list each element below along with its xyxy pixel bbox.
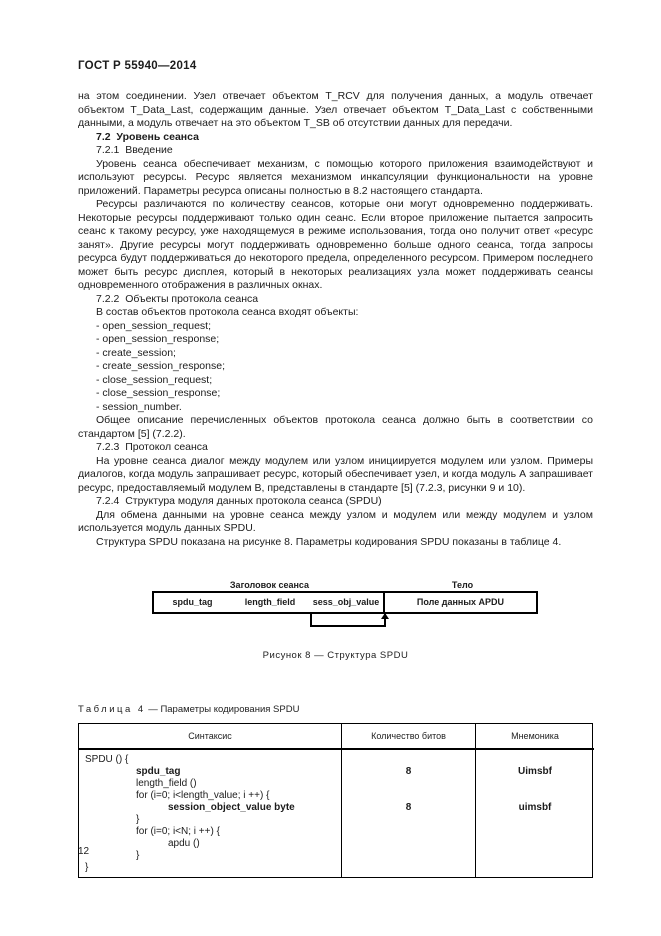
syntax-line: session_object_value byte: [79, 802, 341, 814]
paragraph: Общее описание перечисленных объектов пр…: [78, 414, 593, 441]
diagram-group-labels: Заголовок сеанса Тело: [152, 579, 538, 591]
list-item: - session_number.: [78, 401, 593, 415]
mnemonic-cell: Uimsbf uimsbf: [476, 750, 594, 877]
paragraph: На уровне сеанса диалог между модулем ил…: [78, 455, 593, 496]
subsection-heading-7-2-4: 7.2.4 Структура модуля данных протокола …: [78, 495, 593, 509]
spdu-coding-table: Синтаксис Количество битов Мнемоника SPD…: [78, 723, 593, 879]
bits-cell: 8 8: [341, 750, 476, 877]
syntax-line: SPDU () {: [79, 754, 341, 766]
column-header-mnemonic: Мнемоника: [476, 724, 594, 751]
spdu-box: spdu_tag length_field sess_obj_value Пол…: [152, 591, 538, 614]
mnemonic-line: [476, 862, 594, 874]
paragraph: В состав объектов протокола сеанса входя…: [78, 306, 593, 320]
bits-line: 8: [342, 802, 475, 814]
bits-line: [342, 826, 475, 838]
paragraph: Ресурсы различаются по количеству сеансо…: [78, 198, 593, 293]
list-item: - create_session_response;: [78, 360, 593, 374]
apdu-data-field-cell: Поле данных APDU: [385, 596, 536, 610]
mnemonic-line: [476, 754, 594, 766]
mnemonic-line: [476, 826, 594, 838]
spdu-tag-cell: spdu_tag: [154, 596, 231, 610]
paragraph: на этом соединении. Узел отвечает объект…: [78, 90, 593, 131]
table-label-prefix: Таблица 4: [78, 704, 146, 715]
syntax-line: }: [79, 862, 341, 874]
bits-line: [342, 838, 475, 850]
figure-caption: Рисунок 8 — Структура SPDU: [78, 649, 593, 663]
spdu-structure-figure: Заголовок сеанса Тело spdu_tag length_fi…: [78, 579, 593, 679]
syntax-line: }: [79, 850, 341, 862]
page-number: 12: [78, 846, 89, 857]
bits-line: [342, 778, 475, 790]
table-label: Таблица 4 — Параметры кодирования SPDU: [78, 703, 593, 717]
bits-line: [342, 862, 475, 874]
paragraph: Уровень сеанса обеспечивает механизм, с …: [78, 158, 593, 199]
sess-obj-value-cell: sess_obj_value: [309, 593, 385, 612]
mnemonic-line: [476, 850, 594, 862]
mnemonic-line: [476, 790, 594, 802]
bits-line: [342, 850, 475, 862]
list-item: - open_session_request;: [78, 320, 593, 334]
bits-line: [342, 814, 475, 826]
document-body: на этом соединении. Узел отвечает объект…: [78, 90, 593, 878]
mnemonic-line: Uimsbf: [476, 766, 594, 778]
paragraph: Для обмена данными на уровне сеанса межд…: [78, 509, 593, 536]
running-header: ГОСТ Р 55940—2014: [78, 60, 197, 72]
column-header-bits: Количество битов: [341, 724, 476, 751]
length-bracket: [310, 614, 386, 627]
bits-line: 8: [342, 766, 475, 778]
up-arrow-icon: [381, 613, 389, 619]
syntax-line: for (i=0; i<N; i ++) {: [79, 826, 341, 838]
table-label-title: — Параметры кодирования SPDU: [146, 704, 300, 715]
paragraph: Структура SPDU показана на рисунке 8. Па…: [78, 536, 593, 550]
length-field-cell: length_field: [231, 596, 309, 610]
bits-line: [342, 754, 475, 766]
syntax-line: spdu_tag: [79, 766, 341, 778]
session-header-group-label: Заголовок сеанса: [152, 579, 387, 591]
list-item: - close_session_request;: [78, 374, 593, 388]
subsection-heading-7-2-1: 7.2.1 Введение: [78, 144, 593, 158]
mnemonic-line: [476, 778, 594, 790]
syntax-line: }: [79, 814, 341, 826]
syntax-cell: SPDU () { spdu_tag length_field () for (…: [79, 750, 341, 877]
list-item: - open_session_response;: [78, 333, 593, 347]
mnemonic-line: [476, 838, 594, 850]
syntax-line: apdu (): [79, 838, 341, 850]
list-item: - close_session_response;: [78, 387, 593, 401]
subsection-heading-7-2-2: 7.2.2 Объекты протокола сеанса: [78, 293, 593, 307]
section-heading-7-2: 7.2 Уровень сеанса: [78, 131, 593, 145]
document-page: ГОСТ Р 55940—2014 на этом соединении. Уз…: [0, 0, 661, 936]
mnemonic-line: [476, 814, 594, 826]
subsection-heading-7-2-3: 7.2.3 Протокол сеанса: [78, 441, 593, 455]
spdu-diagram: Заголовок сеанса Тело spdu_tag length_fi…: [152, 579, 538, 614]
body-group-label: Тело: [387, 579, 538, 591]
mnemonic-line: uimsbf: [476, 802, 594, 814]
list-item: - create_session;: [78, 347, 593, 361]
column-header-syntax: Синтаксис: [79, 724, 341, 751]
bits-line: [342, 790, 475, 802]
syntax-line: for (i=0; i<length_value; i ++) {: [79, 790, 341, 802]
syntax-line: length_field (): [79, 778, 341, 790]
